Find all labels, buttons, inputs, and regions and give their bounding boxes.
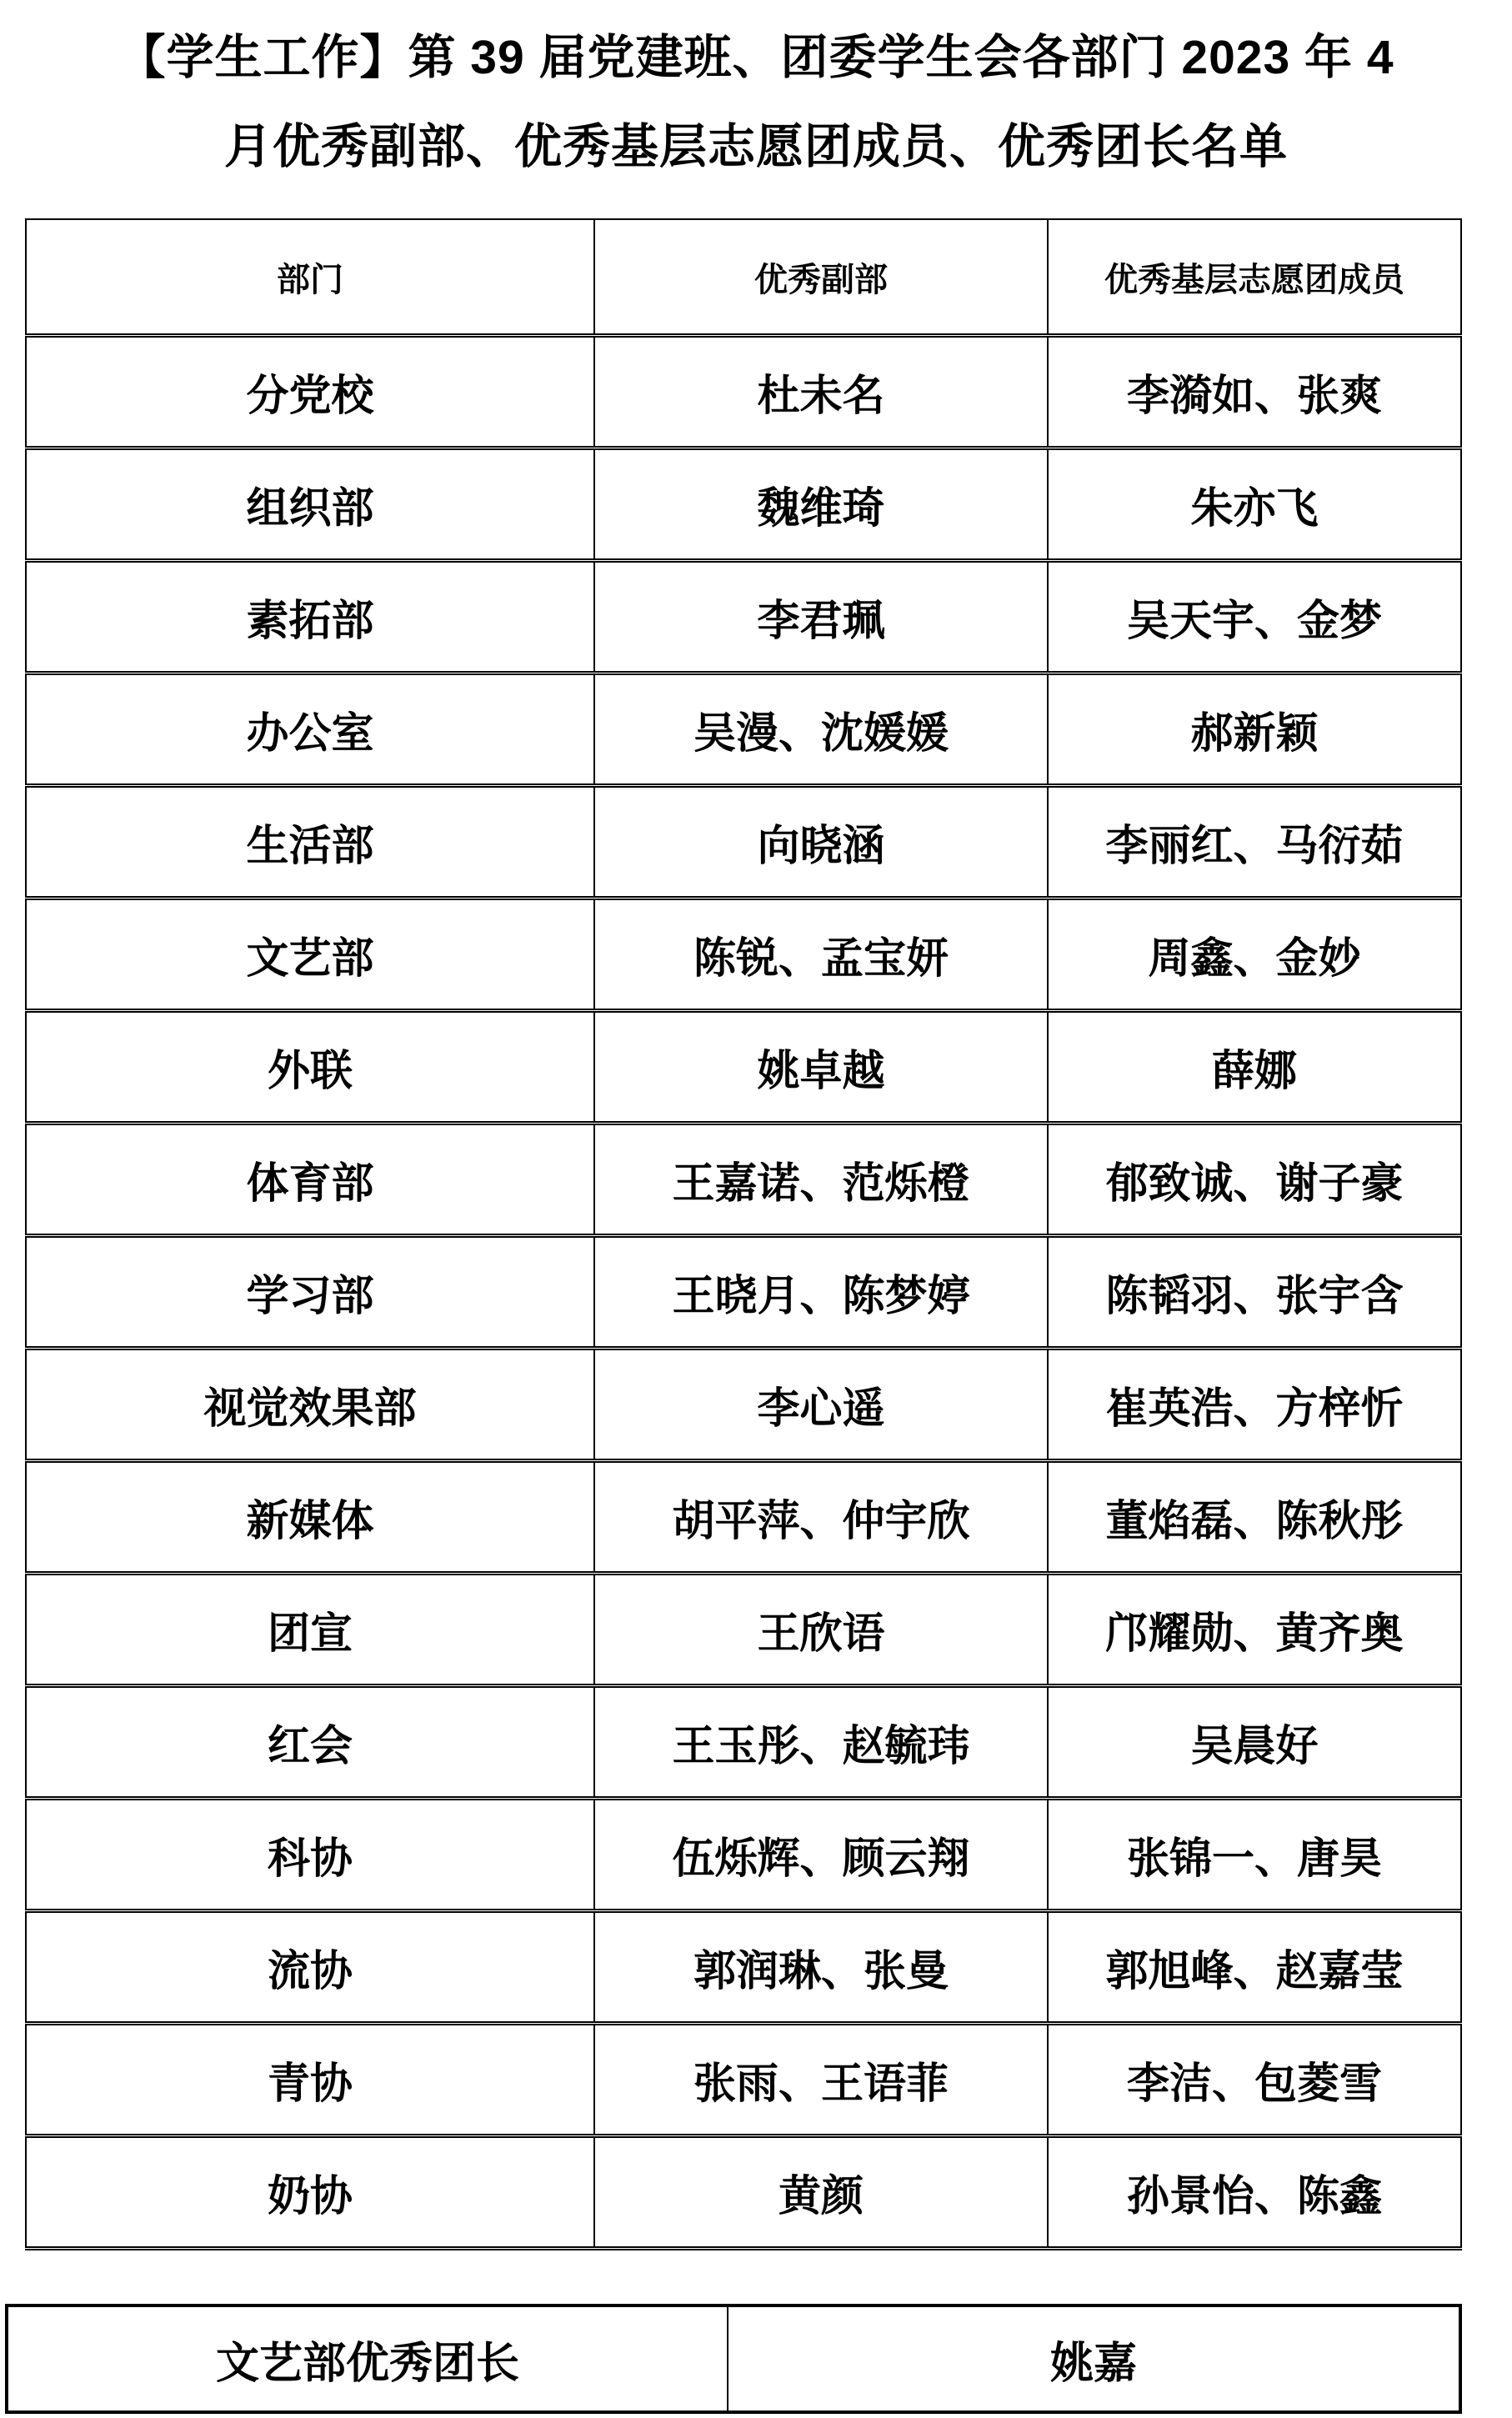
department-cell: 外联 [26,1011,594,1124]
department-cell: 新媒体 [26,1461,594,1574]
table-row: 奶协黄颜孙景怡、陈鑫 [26,2136,1461,2249]
table-row: 办公室吴漫、沈媛媛郝新颖 [26,673,1461,786]
members-cell: 李漪如、张爽 [1048,336,1461,448]
department-cell: 团宣 [26,1574,594,1686]
table-row: 流协郭润琳、张曼郭旭峰、赵嘉莹 [26,1911,1461,2024]
leader-award-row: 文艺部优秀团长 姚嘉 [7,2305,1460,2412]
members-cell: 郝新颖 [1048,673,1461,786]
deputy-cell: 郭润琳、张曼 [594,1911,1048,2024]
department-cell: 视觉效果部 [26,1349,594,1461]
deputy-cell: 王嘉诺、范烁橙 [594,1124,1048,1236]
deputy-cell: 魏维琦 [594,448,1048,561]
members-cell: 周鑫、金妙 [1048,899,1461,1011]
deputy-cell: 王晓月、陈梦婷 [594,1236,1048,1349]
table-row: 视觉效果部李心遥崔英浩、方梓忻 [26,1349,1461,1461]
header-cell-department: 部门 [26,219,594,336]
members-cell: 李洁、包菱雪 [1048,2024,1461,2136]
leader-award-table: 文艺部优秀团长 姚嘉 [5,2304,1462,2414]
department-cell: 青协 [26,2024,594,2136]
table-row: 组织部魏维琦朱亦飞 [26,448,1461,561]
page-title: 【学生工作】第 39 届党建班、团委学生会各部门 2023 年 4 月优秀副部、… [25,13,1487,192]
header-cell-deputy: 优秀副部 [594,219,1048,336]
members-cell: 薛娜 [1048,1011,1461,1124]
department-cell: 红会 [26,1686,594,1799]
deputy-cell: 陈锐、孟宝妍 [594,899,1048,1011]
table-row: 新媒体胡平萍、仲宇欣董焰磊、陈秋彤 [26,1461,1461,1574]
members-cell: 陈韬羽、张宇含 [1048,1236,1461,1349]
department-cell: 科协 [26,1799,594,1911]
page-title-line1: 【学生工作】第 39 届党建班、团委学生会各部门 2023 年 4 [25,13,1487,103]
department-cell: 生活部 [26,786,594,899]
members-cell: 郭旭峰、赵嘉莹 [1048,1911,1461,2024]
members-cell: 邝耀勋、黄齐奥 [1048,1574,1461,1686]
department-cell: 文艺部 [26,899,594,1011]
table-row: 团宣王欣语邝耀勋、黄齐奥 [26,1574,1461,1686]
members-cell: 朱亦飞 [1048,448,1461,561]
table-row: 学习部王晓月、陈梦婷陈韬羽、张宇含 [26,1236,1461,1349]
leader-award-value-cell: 姚嘉 [728,2305,1460,2412]
members-cell: 郁致诚、谢子豪 [1048,1124,1461,1236]
table-row: 分党校杜未名李漪如、张爽 [26,336,1461,448]
members-cell: 李丽红、马衍茹 [1048,786,1461,899]
deputy-cell: 向晓涵 [594,786,1048,899]
department-cell: 学习部 [26,1236,594,1349]
department-cell: 素拓部 [26,561,594,673]
awards-table-body: 分党校杜未名李漪如、张爽组织部魏维琦朱亦飞素拓部李君珮吴天宇、金梦办公室吴漫、沈… [26,336,1461,2249]
deputy-cell: 吴漫、沈媛媛 [594,673,1048,786]
deputy-cell: 张雨、王语菲 [594,2024,1048,2136]
members-cell: 董焰磊、陈秋彤 [1048,1461,1461,1574]
department-cell: 分党校 [26,336,594,448]
awards-table: 部门 优秀副部 优秀基层志愿团成员 分党校杜未名李漪如、张爽组织部魏维琦朱亦飞素… [25,218,1462,2250]
table-row: 体育部王嘉诺、范烁橙郁致诚、谢子豪 [26,1124,1461,1236]
deputy-cell: 胡平萍、仲宇欣 [594,1461,1048,1574]
table-row: 红会王玉彤、赵毓玮吴晨好 [26,1686,1461,1799]
table-row: 素拓部李君珮吴天宇、金梦 [26,561,1461,673]
awards-table-header-row: 部门 优秀副部 优秀基层志愿团成员 [26,219,1461,336]
members-cell: 吴天宇、金梦 [1048,561,1461,673]
header-cell-members: 优秀基层志愿团成员 [1048,219,1461,336]
table-row: 科协伍烁辉、顾云翔张锦一、唐昊 [26,1799,1461,1911]
deputy-cell: 黄颜 [594,2136,1048,2249]
deputy-cell: 李君珮 [594,561,1048,673]
department-cell: 体育部 [26,1124,594,1236]
members-cell: 孙景怡、陈鑫 [1048,2136,1461,2249]
members-cell: 崔英浩、方梓忻 [1048,1349,1461,1461]
page-title-line2: 月优秀副部、优秀基层志愿团成员、优秀团长名单 [25,103,1487,192]
department-cell: 奶协 [26,2136,594,2249]
deputy-cell: 杜未名 [594,336,1048,448]
deputy-cell: 王玉彤、赵毓玮 [594,1686,1048,1799]
department-cell: 组织部 [26,448,594,561]
members-cell: 张锦一、唐昊 [1048,1799,1461,1911]
deputy-cell: 姚卓越 [594,1011,1048,1124]
table-row: 外联姚卓越薛娜 [26,1011,1461,1124]
department-cell: 办公室 [26,673,594,786]
deputy-cell: 伍烁辉、顾云翔 [594,1799,1048,1911]
table-row: 青协张雨、王语菲李洁、包菱雪 [26,2024,1461,2136]
table-row: 文艺部陈锐、孟宝妍周鑫、金妙 [26,899,1461,1011]
members-cell: 吴晨好 [1048,1686,1461,1799]
leader-award-label-cell: 文艺部优秀团长 [7,2305,728,2412]
deputy-cell: 王欣语 [594,1574,1048,1686]
table-row: 生活部向晓涵李丽红、马衍茹 [26,786,1461,899]
deputy-cell: 李心遥 [594,1349,1048,1461]
department-cell: 流协 [26,1911,594,2024]
